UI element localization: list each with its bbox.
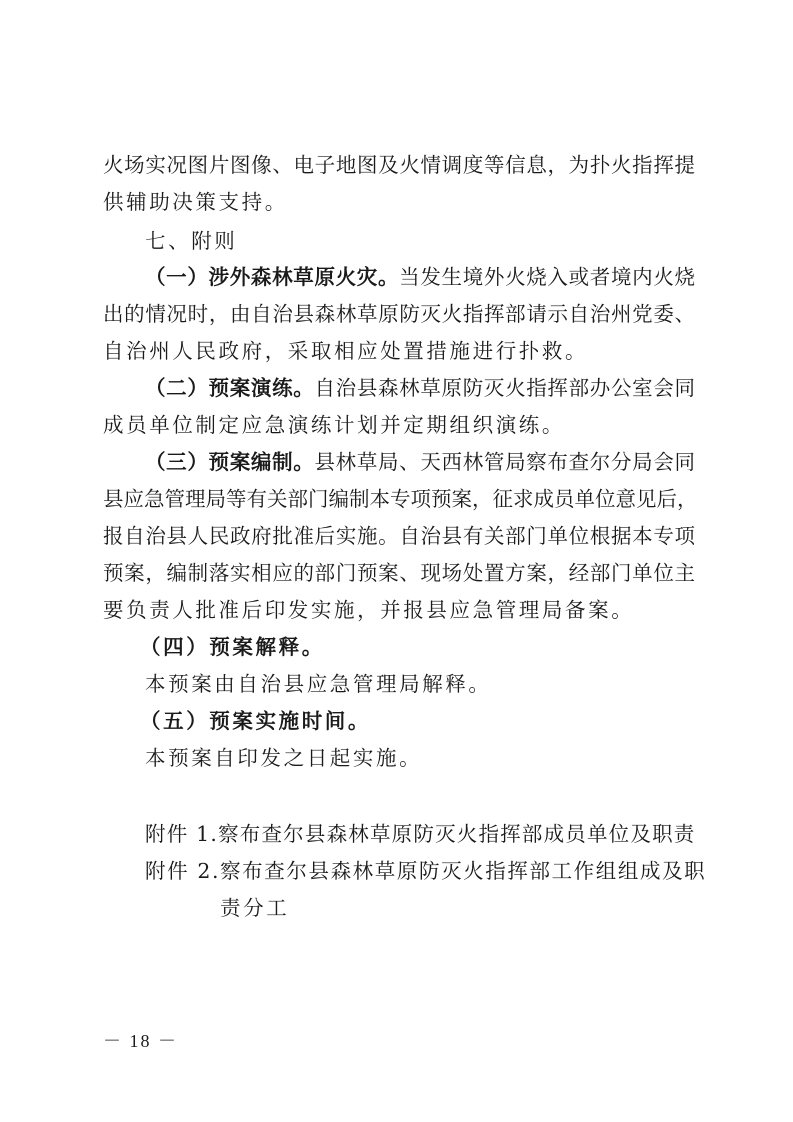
item-2-title: （二）预案演练。 bbox=[145, 376, 314, 400]
attachment-2-continuation: 责分工 bbox=[220, 895, 793, 921]
item-2-first-text: 自治县森林草原防灭火指挥部办公室会同 bbox=[314, 376, 695, 400]
page-number: － 18 － bbox=[103, 1027, 178, 1053]
item-5-body: 本预案自印发之日起实施。 bbox=[145, 745, 695, 771]
item-3-line-4: 预案，编制落实相应的部门预案、现场处置方案，经部门单位主 bbox=[103, 560, 695, 586]
item-3-first-text: 县林草局、天西林管局察布查尔分局会同 bbox=[314, 450, 695, 474]
item-3-first-line: （三）预案编制。县林草局、天西林管局察布查尔分局会同 bbox=[145, 449, 695, 475]
item-1-first-text: 当发生境外火烧入或者境内火烧 bbox=[399, 265, 695, 289]
attachment-2: 附件 2.察布查尔县森林草原防灭火指挥部工作组组成及职 bbox=[145, 858, 695, 884]
section-heading: 七、附则 bbox=[145, 228, 695, 254]
document-page: 火场实况图片图像、电子地图及火情调度等信息，为扑火指挥提 供辅助决策支持。 七、… bbox=[0, 0, 793, 1122]
item-4-title: （四）预案解释。 bbox=[140, 634, 690, 660]
item-5-title: （五）预案实施时间。 bbox=[140, 708, 690, 734]
intro-line-2: 供辅助决策支持。 bbox=[103, 189, 695, 215]
item-1-first-line: （一）涉外森林草原火灾。当发生境外火烧入或者境内火烧 bbox=[145, 264, 695, 290]
item-3-title: （三）预案编制。 bbox=[145, 450, 314, 474]
attachment-1: 附件 1.察布查尔县森林草原防灭火指挥部成员单位及职责 bbox=[145, 821, 695, 847]
item-2-line-2: 成员单位制定应急演练计划并定期组织演练。 bbox=[103, 412, 695, 438]
item-3-line-5: 要负责人批准后印发实施，并报县应急管理局备案。 bbox=[103, 597, 695, 623]
item-1-title: （一）涉外森林草原火灾。 bbox=[145, 265, 399, 289]
intro-line-1: 火场实况图片图像、电子地图及火情调度等信息，为扑火指挥提 bbox=[103, 152, 695, 178]
item-3-line-3: 报自治县人民政府批准后实施。自治县有关部门单位根据本专项 bbox=[103, 523, 695, 549]
item-1-line-3: 自治州人民政府，采取相应处置措施进行扑救。 bbox=[103, 338, 695, 364]
item-2-first-line: （二）预案演练。自治县森林草原防灭火指挥部办公室会同 bbox=[145, 375, 695, 401]
item-3-line-2: 县应急管理局等有关部门编制本专项预案，征求成员单位意见后， bbox=[103, 486, 695, 512]
item-4-body: 本预案由自治县应急管理局解释。 bbox=[145, 671, 695, 697]
item-1-line-2: 出的情况时，由自治县森林草原防灭火指挥部请示自治州党委、 bbox=[103, 301, 695, 327]
